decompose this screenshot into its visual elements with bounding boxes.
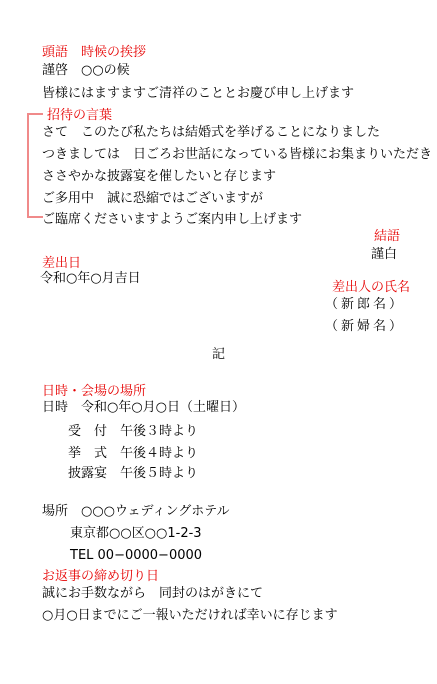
salutation-line: 謹啓 ○○の候 bbox=[42, 64, 130, 79]
annotation-invitation-words: 招待の言葉 bbox=[47, 109, 112, 124]
schedule-ceremony: 挙 式 午後４時より bbox=[68, 447, 198, 462]
annotation-datetime-venue: 日時・会場の場所 bbox=[42, 385, 146, 400]
invitation-bracket bbox=[27, 113, 43, 218]
schedule-reception-desk: 受 付 午後３時より bbox=[68, 425, 198, 440]
closing-word: 謹白 bbox=[371, 248, 397, 263]
annotation-closing-word: 結語 bbox=[374, 230, 400, 245]
annotation-sender-names: 差出人の氏名 bbox=[332, 281, 410, 296]
sender-groom-name: （新郎名） bbox=[325, 298, 405, 313]
sender-bride-name: （新婦名） bbox=[325, 320, 405, 335]
reply-line-1: 誠にお手数ながら 同封のはがきにて bbox=[42, 587, 263, 602]
invitation-line-1: さて このたび私たちは結婚式を挙げることになりました bbox=[42, 126, 380, 141]
event-datetime: 日時 令和○年○月○日（土曜日） bbox=[42, 401, 245, 416]
venue-address: 東京都○○区○○1-2-3 bbox=[70, 527, 202, 542]
wedding-invitation-document: 頭語 時候の挨拶 謹啓 ○○の候 皆様にはますますご清祥のこととお慶び申し上げま… bbox=[0, 0, 437, 684]
invitation-line-2: つきましては 日ごろお世話になっている皆様にお集まりいただき bbox=[42, 148, 432, 163]
schedule-banquet: 披露宴 午後５時より bbox=[68, 467, 198, 482]
invitation-line-3: ささやかな披露宴を催したいと存じます bbox=[42, 170, 276, 185]
annotation-salutation-heading: 頭語 時候の挨拶 bbox=[42, 46, 146, 61]
send-date-value: 令和○年○月吉日 bbox=[40, 272, 141, 287]
invitation-line-5: ご臨席くださいますようご案内申し上げます bbox=[42, 213, 302, 228]
venue-name: 場所 ○○○ウェディングホテル bbox=[42, 505, 230, 520]
wellwish-line: 皆様にはますますご清祥のこととお慶び申し上げます bbox=[42, 87, 354, 102]
record-marker: 記 bbox=[0, 348, 437, 363]
annotation-send-date: 差出日 bbox=[42, 257, 81, 272]
venue-tel: TEL 00−0000−0000 bbox=[70, 549, 202, 564]
invitation-line-4: ご多用中 誠に恐縮ではございますが bbox=[42, 192, 263, 207]
reply-line-2: ○月○日までにご一報いただければ幸いに存じます bbox=[42, 609, 338, 624]
annotation-reply-deadline: お返事の締め切り日 bbox=[42, 570, 159, 585]
